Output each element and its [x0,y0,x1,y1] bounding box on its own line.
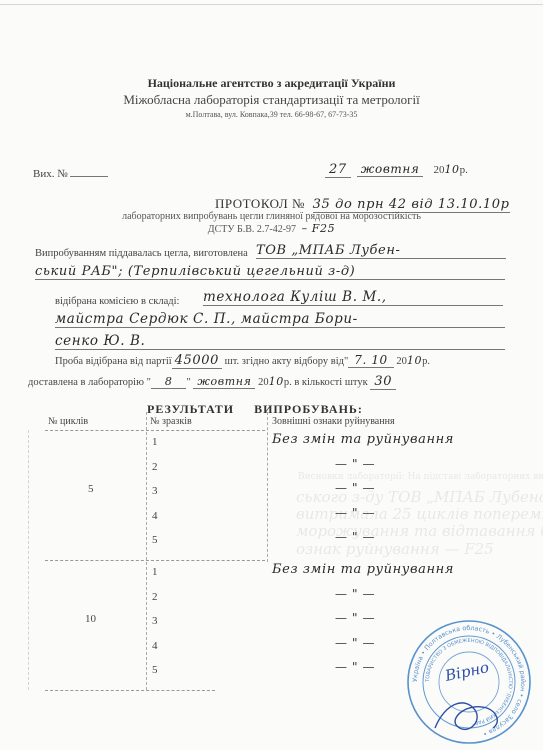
date-year-suffix: р. [460,164,468,176]
commission-line-3: сенко Ю. В. [55,333,505,350]
sample-number-cell: 2 [152,591,158,603]
outgoing-number-value [70,166,108,177]
damage-result-cell: — " — [335,457,375,471]
sample-label: Проба відібрана від партії [55,356,172,367]
sample-number-cell: 3 [152,485,158,497]
damage-result-cell: Без змін та руйнування [272,432,454,447]
ghost-line: ознак руйнування — F25 [296,540,494,558]
official-stamp: Україна • Полтавська область • Лубенськи… [405,618,533,746]
outgoing-number: Вих. № [33,166,108,180]
agency-name: Національне агентство з акредитації Укра… [0,76,543,91]
damage-result-cell: — " — [335,481,375,495]
damage-result-cell: Без змін та руйнування [272,562,454,577]
delivered-quote: " [186,377,190,388]
svg-text:ТОВАРИСТВО З ОБМЕЖЕНОЮ ВІДПОВІ: ТОВАРИСТВО З ОБМЕЖЕНОЮ ВІДПОВІДАЛЬНІСТЮ … [425,638,513,726]
lab-name: Міжобласна лабораторія стандартизації та… [0,92,543,108]
date-year: 10 [444,163,459,176]
results-title: РЕЗУЛЬТАТИ ВИПРОБУВАНЬ: [147,402,363,417]
outgoing-date: 27 жовтня 2010р. [325,160,468,178]
table-group-divider [45,560,265,561]
sample-number-cell: 1 [152,436,158,448]
sample-year-prefix: 20 [396,356,407,367]
commission-label: відібрана комісією в складі: [55,296,179,307]
cycles-cell: 5 [88,483,94,495]
damage-result-cell: — " — [335,660,375,674]
manufacturer-line-1: ТОВ „МПАБ Лубен- [256,243,506,259]
protocol-subtitle: лабораторних випробувань цегли глиняної … [0,211,543,222]
standard-code: ДСТУ Б.В. 2.7-42-97 [208,224,296,235]
date-day: 27 [325,162,351,178]
delivered-month: жовтня [193,375,255,389]
commission-line-2: майстра Сердюк С. П., майстра Бори- [55,311,505,328]
delivered-count-label: р. в кількості штук [284,377,368,388]
ghost-line: морожування та відтавання без видимих [296,522,543,540]
damage-result-cell: — " — [335,506,375,520]
delivered-label: доставлена в лабораторію " [28,377,151,388]
scan-edge-line [0,4,543,5]
sample-number-cell: 5 [152,534,158,546]
table-column-divider [146,412,147,690]
delivered-day: 8 [151,375,187,389]
sample-year: 10 [407,354,422,367]
commission-line-1: технолога Куліш В. М., [203,289,503,306]
col-header-cycles: № циклів [48,416,88,427]
protocol-standard: ДСТУ Б.В. 2.7-42-97 – F25 [0,222,543,235]
signature-word: Вірно [442,658,490,685]
delivered-line: доставлена в лабораторію "8" жовтня 2010… [28,374,396,389]
sample-number-cell: 1 [152,566,158,578]
outgoing-label: Вих. № [33,168,68,180]
damage-result-cell: — " — [335,636,375,650]
sample-batch: 45000 [172,353,222,369]
table-header-line [45,430,265,431]
sample-number-cell: 2 [152,461,158,473]
sample-act-label: шт. згідно акту відбору від" [225,356,349,367]
manufacturer-line-2: ський РАБ"; (Терпилівський цегельний з-д… [35,264,505,280]
damage-result-cell: — " — [335,587,375,601]
delivered-count: 30 [370,374,396,390]
manufacturer-label: Випробуванням піддавалась цегла, виготов… [35,248,248,259]
ghost-line: витримала 25 циклів поперемінного за- [296,505,543,523]
damage-result-cell: — " — [335,611,375,625]
standard-grade: – F25 [302,222,336,235]
protocol-label: ПРОТОКОЛ № [215,196,305,211]
col-header-samples: № зразків [150,416,192,427]
lab-address: м.Полтава, вул. Ковпака,39 тел. 66-98-67… [0,110,543,119]
date-month: жовтня [357,162,424,177]
sample-number-cell: 4 [152,640,158,652]
date-year-prefix: 20 [433,164,444,176]
col-header-damage: Зовнішні ознаки руйнування [272,416,395,427]
sample-number-cell: 3 [152,615,158,627]
delivered-year-prefix: 20 [258,377,269,388]
cycles-cell: 10 [85,613,96,625]
table-left-edge [28,430,29,690]
ghost-line: ського з-ду ТОВ „МПАБ Лубенський РАБ" [296,488,543,506]
sample-date: 7. 10 [348,353,394,368]
sample-line: Проба відібрана від партії45000 шт. згід… [55,353,430,368]
table-bottom-line [45,690,215,691]
stamp-inner-text: ТОВАРИСТВО З ОБМЕЖЕНОЮ ВІДПОВІДАЛЬНІСТЮ … [425,638,513,726]
table-column-divider [267,412,268,562]
protocol-title: ПРОТОКОЛ № 35 до прн 42 від 13.10.10р [215,196,510,212]
damage-result-cell: — " — [335,530,375,544]
document-page: Висновки лабораторії: На підставі лабора… [0,0,543,750]
sample-year-suffix: р. [422,356,430,367]
sample-number-cell: 5 [152,664,158,676]
sample-number-cell: 4 [152,510,158,522]
delivered-year: 10 [269,375,284,388]
